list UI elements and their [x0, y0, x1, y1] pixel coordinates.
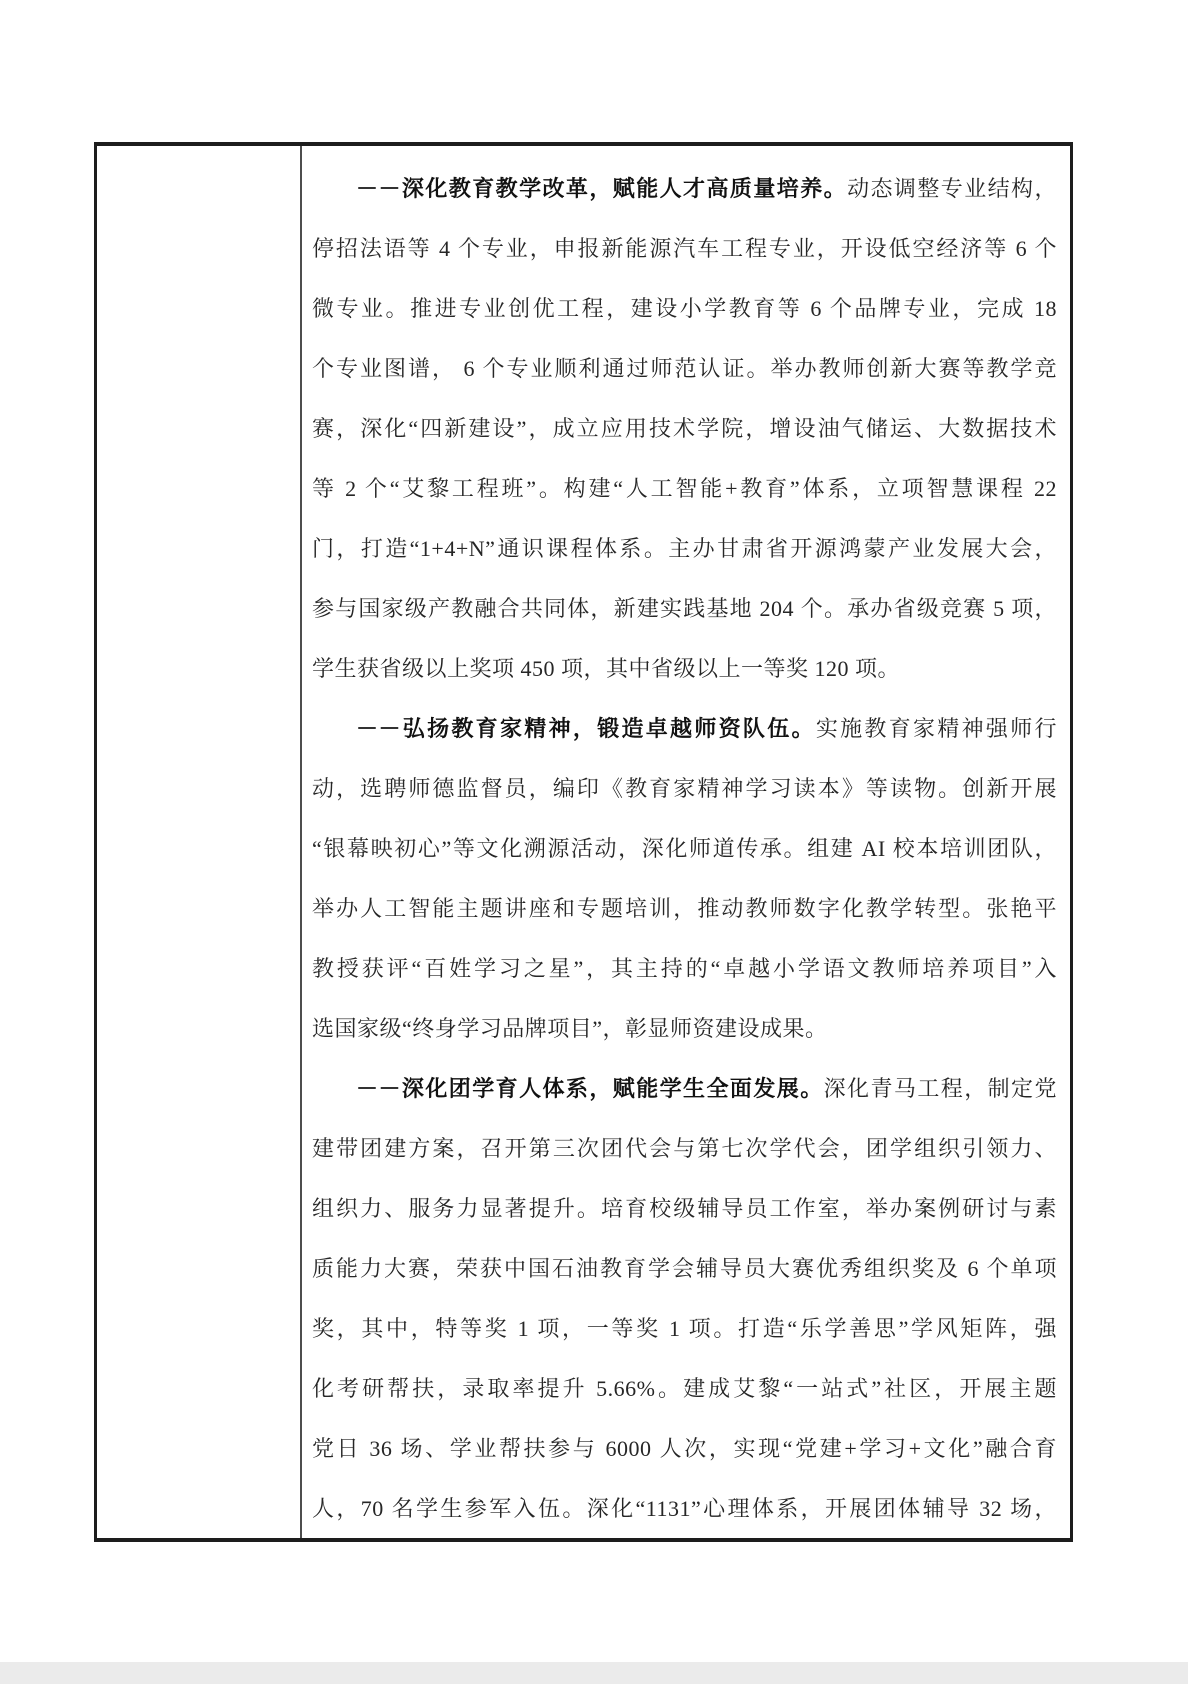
paragraph-lead-text: －－深化教育教学改革，赋能人才高质量培养。	[356, 176, 847, 201]
paragraph-body-text: 实施教育家精神强师行	[816, 716, 1057, 741]
text-line: －－弘扬教育家精神，锻造卓越师资队伍。实施教育家精神强师行	[312, 699, 1057, 759]
text-line: 组织力、服务力显著提升。培育校级辅导员工作室，举办案例研讨与素	[312, 1179, 1057, 1239]
paragraph-body-text: 停招法语等 4 个专业，申报新能源汽车工程专业，开设低空经济等 6 个	[312, 236, 1057, 261]
text-line: 学生获省级以上奖项 450 项，其中省级以上一等奖 120 项。	[312, 639, 1057, 699]
text-line: 微专业。推进专业创优工程，建设小学教育等 6 个品牌专业，完成 18	[312, 279, 1057, 339]
paragraph-body-text: 选国家级“终身学习品牌项目”，彰显师资建设成果。	[312, 1016, 828, 1041]
text-line: 举办人工智能主题讲座和专题培训，推动教师数字化教学转型。张艳平	[312, 879, 1057, 939]
text-line: 个专业图谱， 6 个专业顺利通过师范认证。举办教师创新大赛等教学竞	[312, 339, 1057, 399]
text-line: 赛，深化“四新建设”，成立应用技术学院，增设油气储运、大数据技术	[312, 399, 1057, 459]
document-table: －－深化教育教学改革，赋能人才高质量培养。动态调整专业结构，停招法语等 4 个专…	[94, 142, 1073, 1542]
paragraph-body-text: “银幕映初心”等文化溯源活动，深化师道传承。组建 AI 校本培训团队，	[312, 836, 1057, 861]
text-line: －－深化团学育人体系，赋能学生全面发展。深化青马工程，制定党	[312, 1059, 1057, 1119]
paragraph-body-text: 人，70 名学生参军入伍。深化“1131”心理体系，开展团体辅导 32 场，	[312, 1496, 1057, 1521]
text-line: 党日 36 场、学业帮扶参与 6000 人次，实现“党建+学习+文化”融合育	[312, 1419, 1057, 1479]
text-line: 停招法语等 4 个专业，申报新能源汽车工程专业，开设低空经济等 6 个	[312, 219, 1057, 279]
table-content-cell: －－深化教育教学改革，赋能人才高质量培养。动态调整专业结构，停招法语等 4 个专…	[302, 146, 1070, 1538]
paragraph-body-text: 动，选聘师德监督员，编印《教育家精神学习读本》等读物。创新开展	[312, 776, 1057, 801]
text-line: 化考研帮扶，录取率提升 5.66%。建成艾黎“一站式”社区，开展主题	[312, 1359, 1057, 1419]
text-line: “银幕映初心”等文化溯源活动，深化师道传承。组建 AI 校本培训团队，	[312, 819, 1057, 879]
paragraph-body-text: 学生获省级以上奖项 450 项，其中省级以上一等奖 120 项。	[312, 656, 900, 681]
paragraph-container: －－深化教育教学改革，赋能人才高质量培养。动态调整专业结构，停招法语等 4 个专…	[312, 159, 1057, 1538]
table-empty-label-cell	[97, 146, 302, 1538]
paragraph-body-text: 深化青马工程，制定党	[824, 1076, 1057, 1101]
paragraph-lead-text: －－弘扬教育家精神，锻造卓越师资队伍。	[356, 716, 816, 741]
document-page: －－深化教育教学改革，赋能人才高质量培养。动态调整专业结构，停招法语等 4 个专…	[0, 0, 1188, 1684]
paragraph-body-text: 动态调整专业结构，	[847, 176, 1057, 201]
paragraph-lead-text: －－深化团学育人体系，赋能学生全面发展。	[356, 1076, 824, 1101]
paragraph-body-text: 门，打造“1+4+N”通识课程体系。主办甘肃省开源鸿蒙产业发展大会，	[312, 536, 1057, 561]
text-line: －－深化教育教学改革，赋能人才高质量培养。动态调整专业结构，	[312, 159, 1057, 219]
scan-edge-shadow	[0, 1662, 1188, 1684]
paragraph-body-text: 参与国家级产教融合共同体，新建实践基地 204 个。承办省级竞赛 5 项，	[312, 596, 1057, 621]
paragraph-body-text: 组织力、服务力显著提升。培育校级辅导员工作室，举办案例研讨与素	[312, 1196, 1057, 1221]
paragraph-body-text: 质能力大赛，荣获中国石油教育学会辅导员大赛优秀组织奖及 6 个单项	[312, 1256, 1057, 1281]
text-line: 奖，其中，特等奖 1 项，一等奖 1 项。打造“乐学善思”学风矩阵，强	[312, 1299, 1057, 1359]
text-line: 等 2 个“艾黎工程班”。构建“人工智能+教育”体系，立项智慧课程 22	[312, 459, 1057, 519]
paragraph-body-text: 个专业图谱， 6 个专业顺利通过师范认证。举办教师创新大赛等教学竞	[312, 356, 1057, 381]
text-line: 建带团建方案，召开第三次团代会与第七次学代会，团学组织引领力、	[312, 1119, 1057, 1179]
paragraph-body-text: 等 2 个“艾黎工程班”。构建“人工智能+教育”体系，立项智慧课程 22	[312, 476, 1057, 501]
text-line: 参与国家级产教融合共同体，新建实践基地 204 个。承办省级竞赛 5 项，	[312, 579, 1057, 639]
paragraph-body-text: 赛，深化“四新建设”，成立应用技术学院，增设油气储运、大数据技术	[312, 416, 1057, 441]
paragraph-body-text: 教授获评“百姓学习之星”，其主持的“卓越小学语文教师培养项目”入	[312, 956, 1057, 981]
text-line: 质能力大赛，荣获中国石油教育学会辅导员大赛优秀组织奖及 6 个单项	[312, 1239, 1057, 1299]
text-line: 动，选聘师德监督员，编印《教育家精神学习读本》等读物。创新开展	[312, 759, 1057, 819]
paragraph-body-text: 化考研帮扶，录取率提升 5.66%。建成艾黎“一站式”社区，开展主题	[312, 1376, 1057, 1401]
paragraph-body-text: 奖，其中，特等奖 1 项，一等奖 1 项。打造“乐学善思”学风矩阵，强	[312, 1316, 1057, 1341]
paragraph-body-text: 党日 36 场、学业帮扶参与 6000 人次，实现“党建+学习+文化”融合育	[312, 1436, 1057, 1461]
text-line: 教授获评“百姓学习之星”，其主持的“卓越小学语文教师培养项目”入	[312, 939, 1057, 999]
paragraph-body-text: 举办人工智能主题讲座和专题培训，推动教师数字化教学转型。张艳平	[312, 896, 1057, 921]
paragraph-body-text: 微专业。推进专业创优工程，建设小学教育等 6 个品牌专业，完成 18	[312, 296, 1057, 321]
text-line: 人，70 名学生参军入伍。深化“1131”心理体系，开展团体辅导 32 场，	[312, 1479, 1057, 1538]
text-line: 门，打造“1+4+N”通识课程体系。主办甘肃省开源鸿蒙产业发展大会，	[312, 519, 1057, 579]
paragraph-body-text: 建带团建方案，召开第三次团代会与第七次学代会，团学组织引领力、	[312, 1136, 1057, 1161]
text-line: 选国家级“终身学习品牌项目”，彰显师资建设成果。	[312, 999, 1057, 1059]
